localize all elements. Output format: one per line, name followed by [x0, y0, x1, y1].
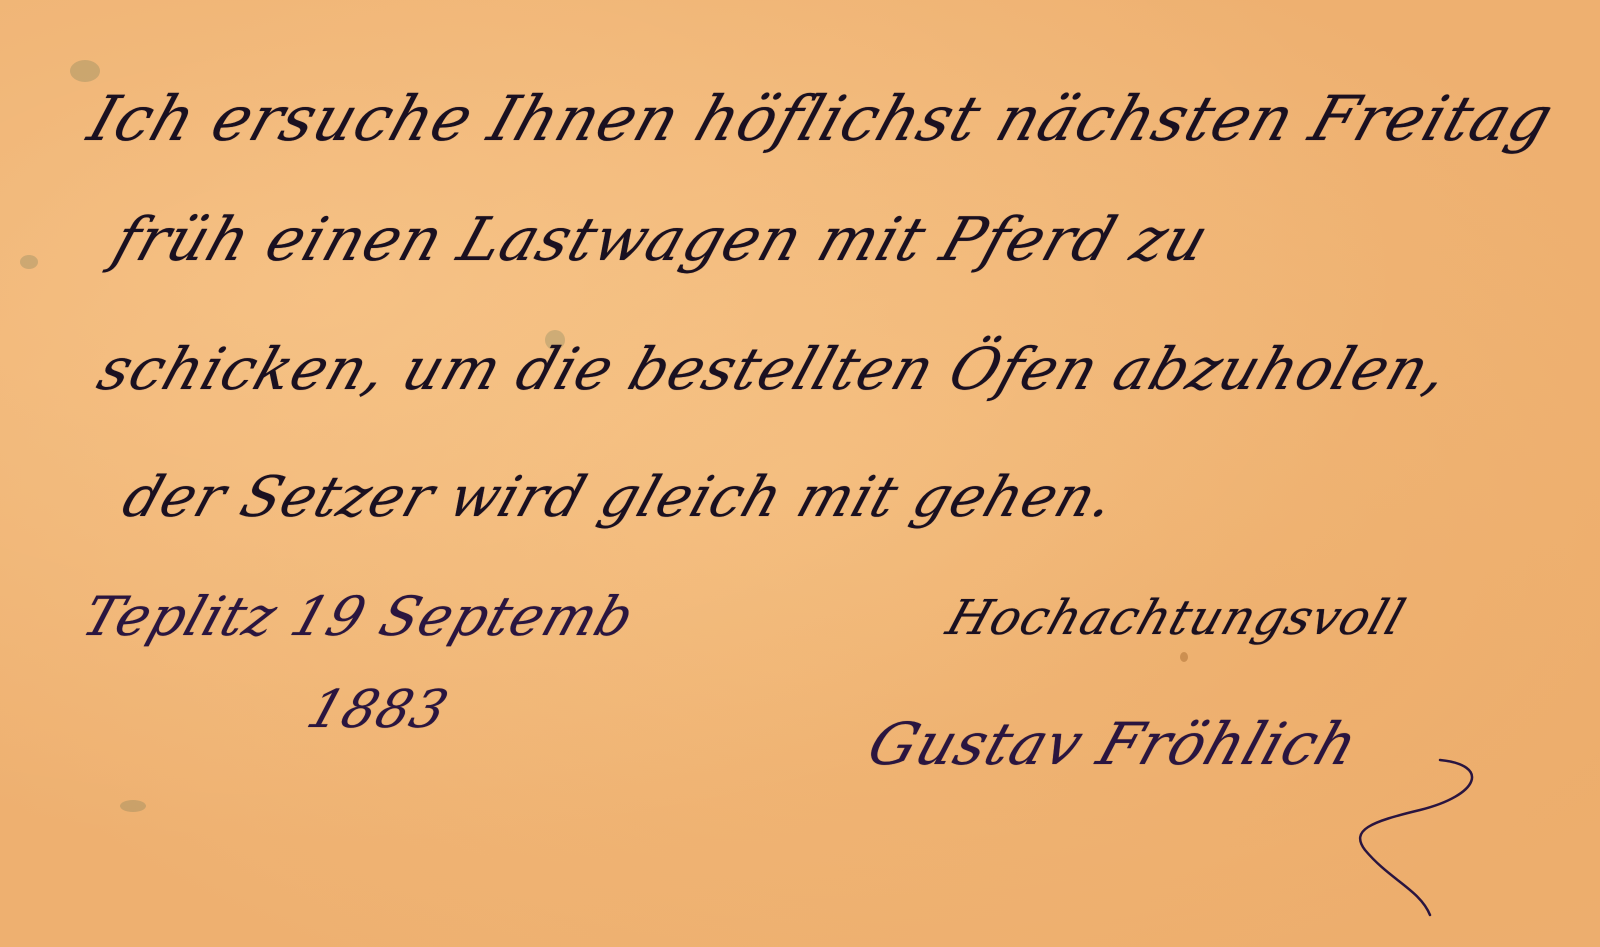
place-date: Teplitz 19 Septemb: [75, 585, 643, 648]
letter-line-2: früh einen Lastwagen mit Pferd zu: [105, 205, 1218, 275]
paper-stain: [1180, 652, 1188, 662]
postcard: Ich ersuche Ihnen höflichst nächsten Fre…: [0, 0, 1600, 947]
signature-flourish: [1270, 740, 1530, 940]
closing-salutation: Hochachtungsvoll: [940, 590, 1412, 646]
paper-stain: [70, 60, 100, 82]
paper-stain: [120, 800, 146, 812]
letter-line-4: der Setzer wird gleich mit gehen.: [115, 465, 1124, 530]
year: 1883: [300, 680, 456, 740]
paper-stain: [20, 255, 38, 269]
letter-line-1: Ich ersuche Ihnen höflichst nächsten Fre…: [80, 82, 1563, 155]
letter-line-3: schicken, um die bestellten Öfen abzuhol…: [90, 335, 1458, 403]
